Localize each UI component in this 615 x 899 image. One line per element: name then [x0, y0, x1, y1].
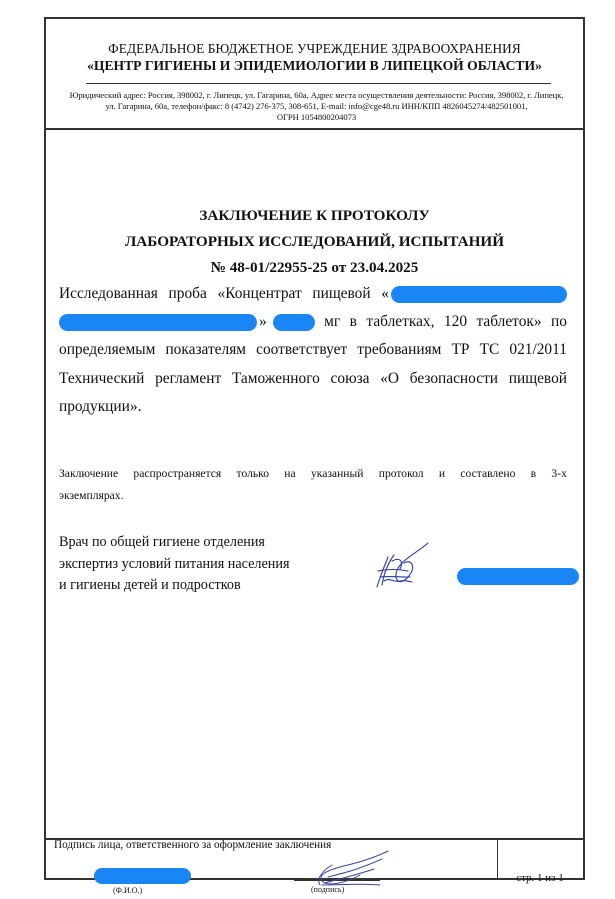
signature-caption: (подпись): [311, 885, 344, 894]
redacted-signer-name: [457, 568, 579, 585]
text-line: Исследованная проба «Концентрат пищевой …: [59, 280, 567, 308]
word: протокол: [379, 463, 424, 485]
word: в: [531, 463, 536, 485]
word: по: [551, 308, 567, 336]
address-divider: [46, 128, 583, 130]
text-line: продукции».: [59, 393, 567, 421]
signer-line: Врач по общей гигиене отделения: [59, 532, 290, 554]
word: Заключение: [59, 463, 118, 485]
text-line: » мг в таблетках, 120 таблеток» по: [59, 308, 567, 336]
address-line: Юридический адрес: Россия, 398002, г. Ли…: [60, 90, 573, 101]
word: в: [350, 308, 357, 336]
word: только: [237, 463, 269, 485]
protocol-number: № 48-01/22955-25 от 23.04.2025: [46, 255, 583, 281]
redacted-product-name: [391, 286, 567, 303]
validity-note: Заключениераспространяетсятольконауказан…: [59, 463, 567, 506]
word: Таможенного: [232, 365, 320, 393]
title-line: ЛАБОРАТОРНЫХ ИССЛЕДОВАНИЙ, ИСПЫТАНИЙ: [46, 229, 583, 255]
word: Исследованная: [59, 280, 158, 308]
address-line: ул. Гагарина, 60а, телефон/факс: 8 (4742…: [60, 101, 573, 112]
signer-line: экспертиз условий питания населения: [59, 554, 290, 576]
org-name-line2: «ЦЕНТР ГИГИЕНЫ И ЭПИДЕМИОЛОГИИ В ЛИПЕЦКО…: [46, 58, 583, 74]
word: продукции».: [59, 393, 141, 421]
word: ТС: [480, 336, 500, 364]
word: «: [381, 280, 389, 308]
word: безопасности: [410, 365, 498, 393]
signature-icon: [364, 541, 434, 589]
word: Технический: [59, 365, 144, 393]
fio-caption: (Ф.И.О.): [113, 886, 142, 895]
word: пищевой: [312, 280, 370, 308]
word: пищевой: [509, 365, 567, 393]
word: «О: [380, 365, 399, 393]
address-line: ОГРН 1054800204073: [60, 112, 573, 123]
word: распространяется: [133, 463, 221, 485]
text-line: Заключениераспространяетсятольконауказан…: [59, 463, 567, 485]
text-line: определяемымпоказателямсоответствуеттреб…: [59, 336, 567, 364]
word: 021/2011: [509, 336, 567, 364]
organization-address: Юридический адрес: Россия, 398002, г. Ли…: [60, 90, 573, 123]
word: мг: [324, 308, 340, 336]
document-title: ЗАКЛЮЧЕНИЕ К ПРОТОКОЛУ ЛАБОРАТОРНЫХ ИССЛ…: [46, 203, 583, 281]
word: показателям: [165, 336, 246, 364]
word: 3-х: [551, 463, 566, 485]
word: ТР: [452, 336, 470, 364]
word: 120: [444, 308, 467, 336]
conclusion-text: Исследованная проба «Концентрат пищевой …: [59, 280, 567, 421]
signer-position: Врач по общей гигиене отделения эксперти…: [59, 532, 290, 597]
text-line: экземплярах.: [59, 485, 567, 507]
word: союза: [331, 365, 370, 393]
word: регламент: [155, 365, 221, 393]
word: проба: [169, 280, 207, 308]
word: таблетках,: [366, 308, 434, 336]
signer-line: и гигиены детей и подростков: [59, 575, 290, 597]
redacted-responsible-name: [94, 868, 191, 884]
word: требованиям: [357, 336, 441, 364]
word: определяемым: [59, 336, 155, 364]
organization-header: ФЕДЕРАЛЬНОЕ БЮДЖЕТНОЕ УЧРЕЖДЕНИЕ ЗДРАВОО…: [46, 41, 583, 74]
responsible-signature-icon: [292, 849, 392, 889]
word: таблеток»: [476, 308, 541, 336]
word: на: [284, 463, 295, 485]
word: указанный: [311, 463, 364, 485]
org-name-line1: ФЕДЕРАЛЬНОЕ БЮДЖЕТНОЕ УЧРЕЖДЕНИЕ ЗДРАВОО…: [46, 41, 583, 57]
responsible-person-label: Подпись лица, ответственного за оформлен…: [54, 838, 331, 852]
title-line: ЗАКЛЮЧЕНИЕ К ПРОТОКОЛУ: [46, 203, 583, 229]
word: составлено: [460, 463, 515, 485]
redacted-product-name-cont: [59, 314, 257, 331]
word: «Концентрат: [218, 280, 302, 308]
word: »: [259, 308, 267, 336]
document-page: ФЕДЕРАЛЬНОЕ БЮДЖЕТНОЕ УЧРЕЖДЕНИЕ ЗДРАВОО…: [44, 17, 585, 880]
word: и: [439, 463, 445, 485]
header-divider: [86, 83, 551, 84]
text-line: ТехническийрегламентТаможенногосоюза«Обе…: [59, 365, 567, 393]
page-number: стр. 1 из 1: [497, 872, 583, 884]
redacted-dosage: [273, 314, 315, 331]
word: соответствует: [256, 336, 347, 364]
